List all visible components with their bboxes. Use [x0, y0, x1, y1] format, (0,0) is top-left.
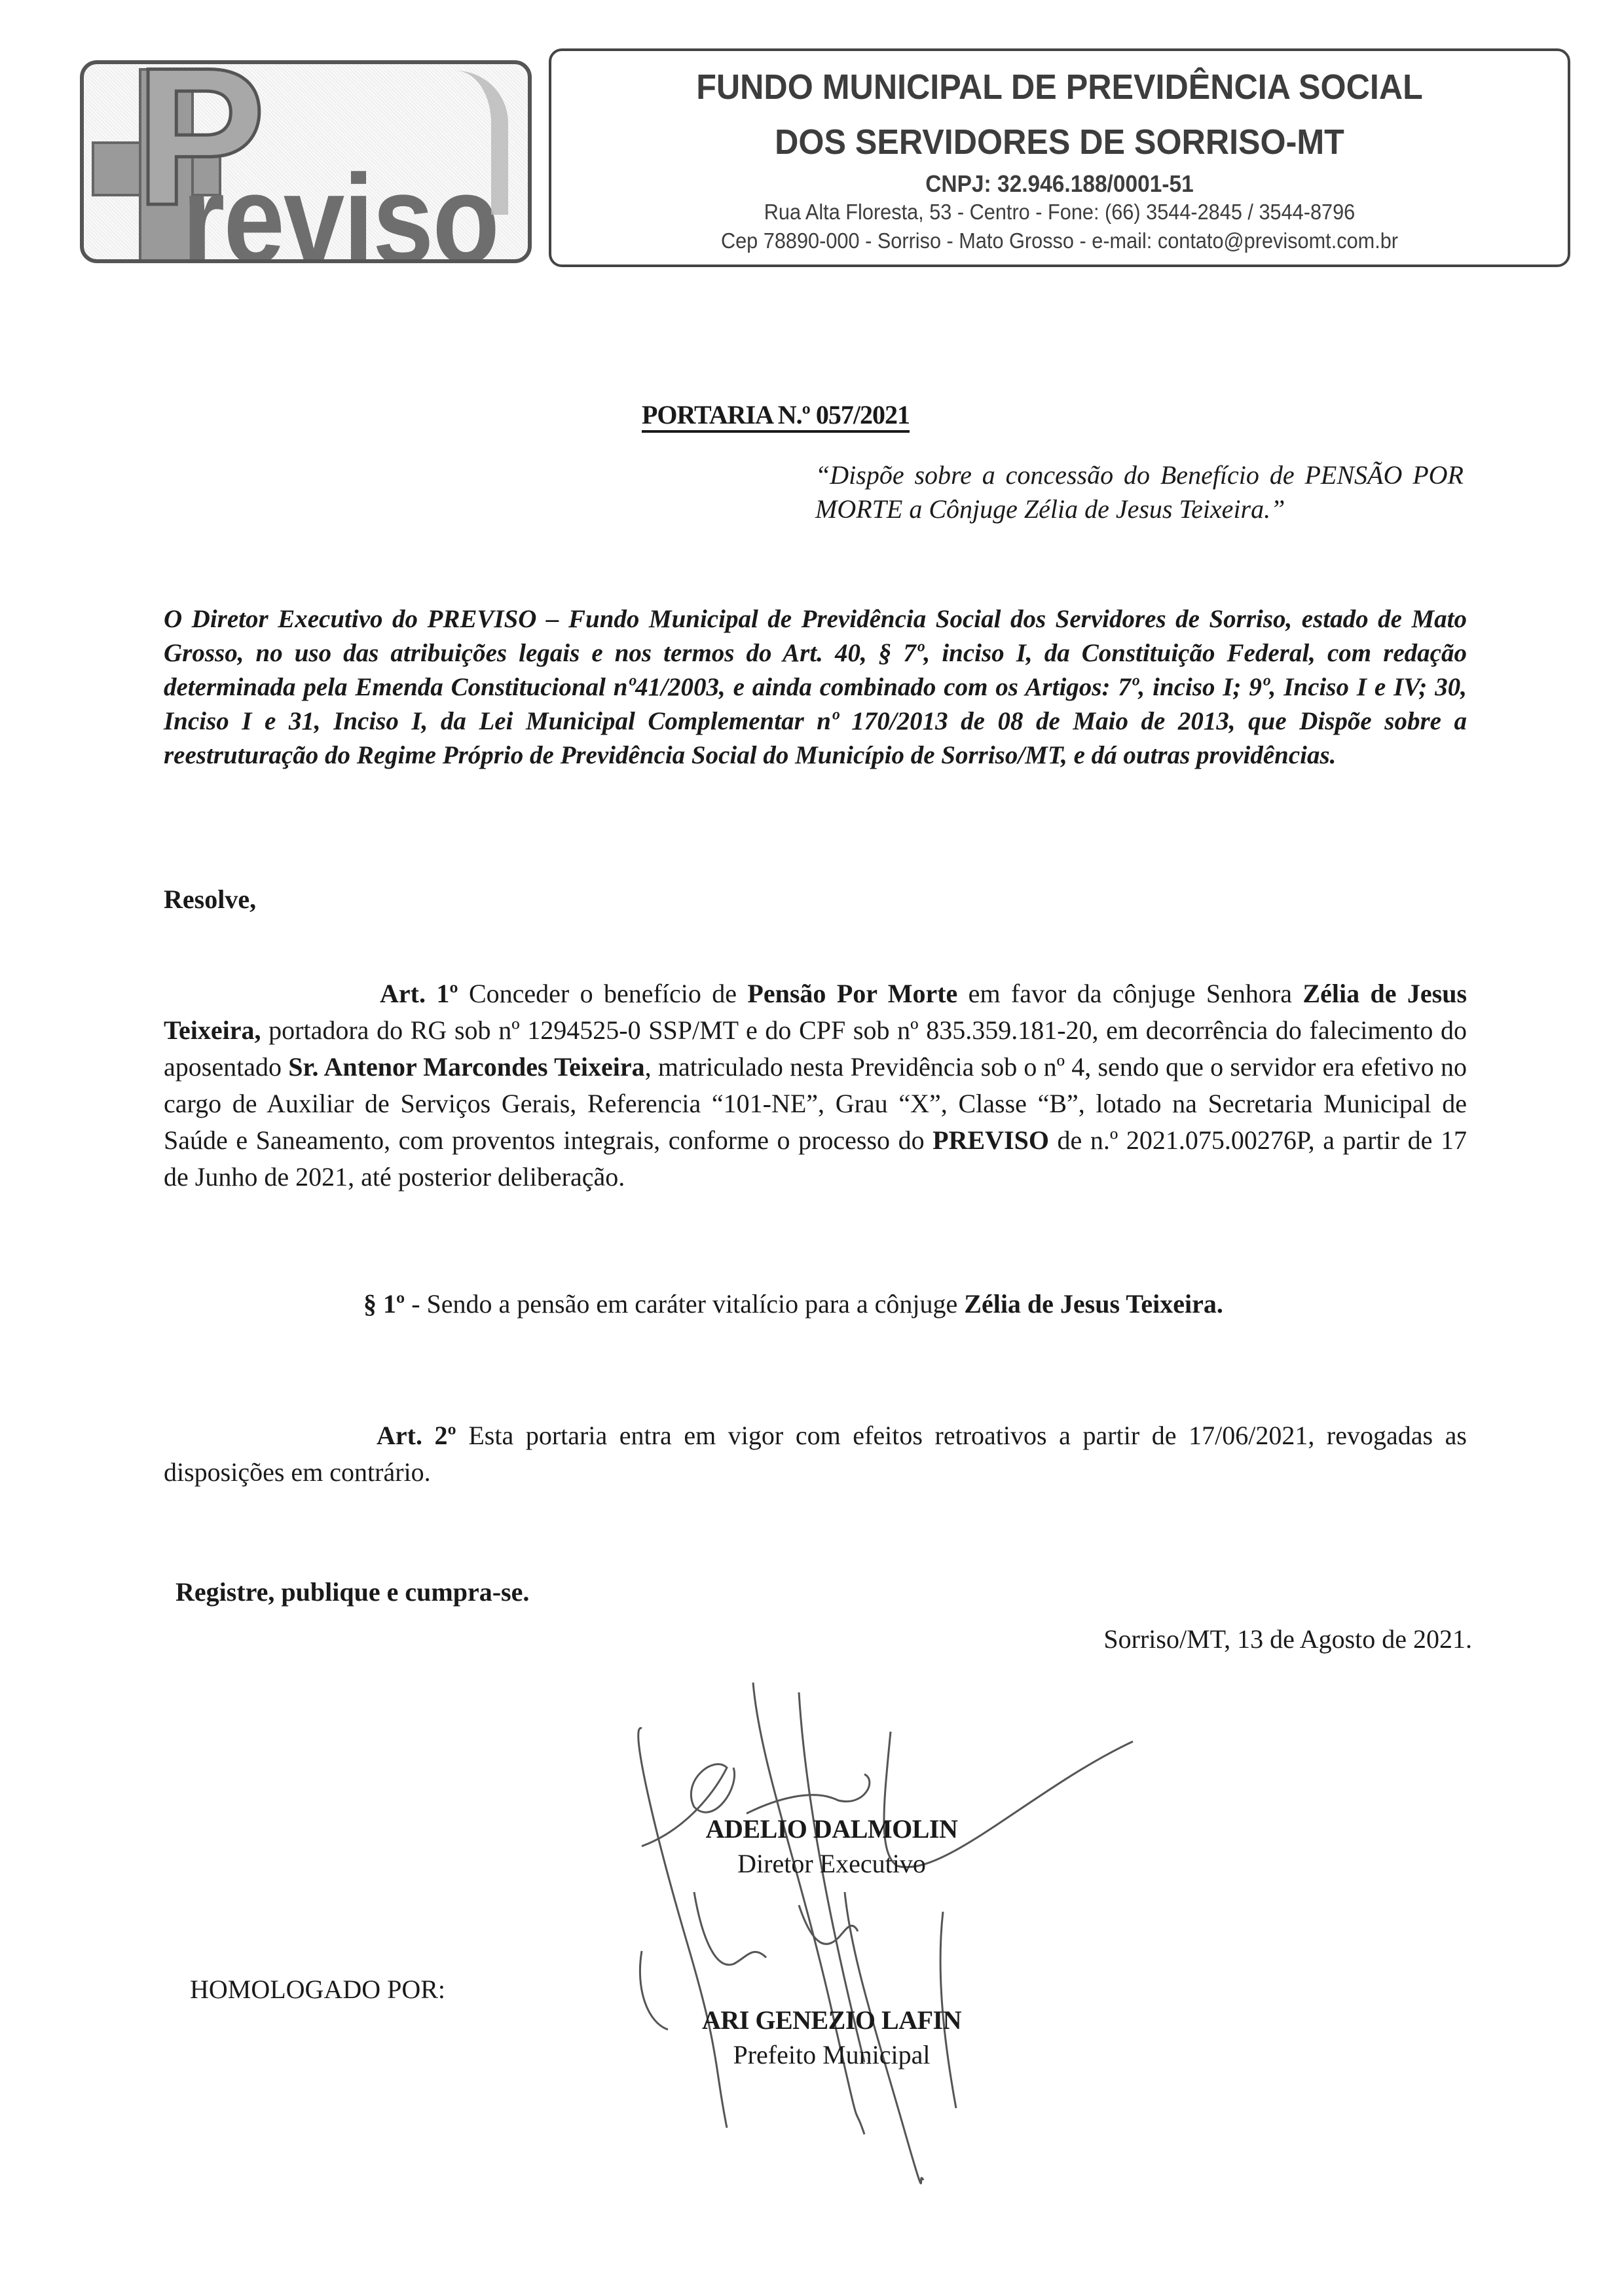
paragraph-1-text: - Sendo a pensão em caráter vitalício pa… [405, 1289, 964, 1319]
ementa: “Dispõe sobre a concessão do Benefício d… [815, 458, 1464, 526]
mayor-signature-block: ARI GENEZIO LAFIN Prefeito Municipal [661, 2005, 1002, 2070]
director-name: ADELIO DALMOLIN [661, 1813, 1002, 1844]
place-date: Sorriso/MT, 13 de Agosto de 2021. [1103, 1624, 1472, 1654]
resolve-heading: Resolve, [164, 884, 256, 915]
address-phone: Rua Alta Floresta, 53 - Centro - Fone: (… [587, 198, 1532, 227]
logo-swoosh-icon [413, 71, 508, 215]
paragraph-1: § 1º - Sendo a pensão em caráter vitalíc… [363, 1288, 1223, 1319]
paragraph-1-label: § 1º [363, 1289, 405, 1319]
letterhead-header: FUNDO MUNICIPAL DE PREVIDÊNCIA SOCIAL DO… [549, 48, 1570, 267]
cnpj: CNPJ: 32.946.188/0001-51 [587, 170, 1532, 198]
director-signature-block: ADELIO DALMOLIN Diretor Executivo [661, 1813, 1002, 1879]
preamble: O Diretor Executivo do PREVISO – Fundo M… [164, 602, 1467, 773]
article-1: Art. 1º Conceder o benefício de Pensão P… [164, 975, 1467, 1195]
director-signature-icon [616, 1669, 1139, 2141]
institution-name-line1: FUNDO MUNICIPAL DE PREVIDÊNCIA SOCIAL [587, 68, 1532, 106]
institution-name-line2: DOS SERVIDORES DE SORRISO-MT [587, 123, 1532, 161]
article-1-text: em favor da cônjuge Senhora [957, 979, 1302, 1008]
article-1-text: Conceder o benefício de [458, 979, 748, 1008]
mayor-name: ARI GENEZIO LAFIN [661, 2005, 1002, 2035]
cep-email: Cep 78890-000 - Sorriso - Mato Grosso - … [587, 227, 1532, 255]
article-2: Art. 2º Esta portaria entra em vigor com… [164, 1417, 1467, 1491]
beneficiary-name: Zélia de Jesus Teixeira. [964, 1289, 1223, 1319]
closing-formula: Registre, publique e cumpra-se. [175, 1576, 529, 1607]
deceased-name: Sr. Antenor Marcondes Teixeira [288, 1052, 644, 1082]
document-title: PORTARIA N.º 057/2021 [642, 399, 910, 430]
previso-logo: P reviso [80, 60, 532, 263]
institution-acronym: PREVISO [932, 1125, 1049, 1155]
director-role: Diretor Executivo [661, 1848, 1002, 1879]
article-2-label: Art. 2º [377, 1421, 456, 1450]
article-1-label: Art. 1º [380, 979, 458, 1008]
homologado-label: HOMOLOGADO POR: [190, 1974, 445, 2005]
mayor-role: Prefeito Municipal [661, 2039, 1002, 2070]
benefit-name: Pensão Por Morte [747, 979, 957, 1008]
